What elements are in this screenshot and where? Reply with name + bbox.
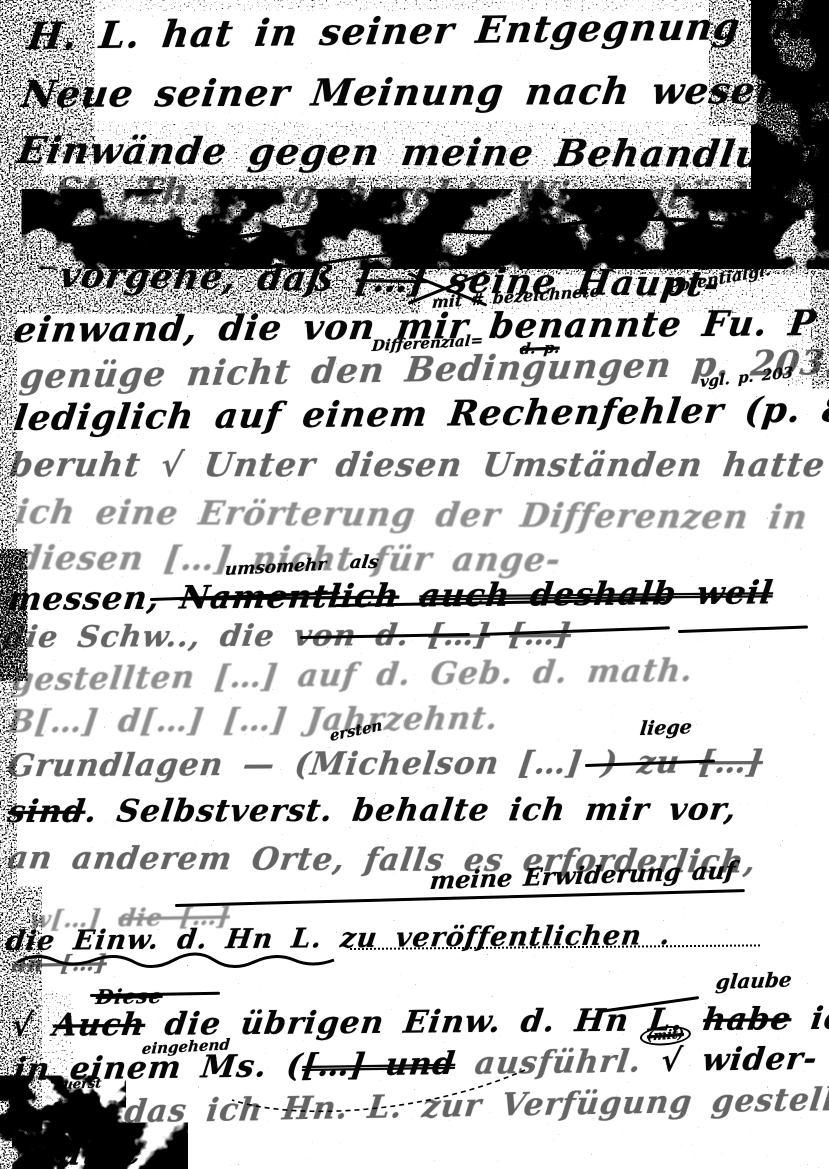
- handwriting-line: beruht √ Unter diesen Umständen hatte: [7, 445, 828, 484]
- text-segment: wider-: [680, 1041, 819, 1079]
- manuscript-page: H. L. hat in seiner Entgegnung auf Neue …: [0, 0, 829, 1169]
- check-mark: √: [10, 1008, 56, 1044]
- handwriting-line: St. Th. vorgebracht. Wie natürlich: [52, 170, 815, 219]
- insertion-note: als: [349, 552, 381, 573]
- strike-mark: [678, 625, 808, 633]
- struck-text: Auch: [51, 1007, 148, 1044]
- struck-line: an […]: [10, 950, 108, 978]
- handwriting-line: die Schw.., die von d. […] […]: [2, 617, 574, 655]
- handwriting-line: gestellten […] auf d. Geb. d. math.: [10, 652, 696, 698]
- text-segment: beruht: [7, 445, 164, 484]
- handwriting-line: H. L. hat in seiner Entgegnung auf: [25, 3, 829, 58]
- struck-text: […] und: [300, 1046, 457, 1084]
- handwriting-line: legt, (das ich Hn. L. zur Verfügung gest…: [4, 1081, 829, 1132]
- handwriting-line: B[…] d[…] […] Jahrzehnt.: [6, 701, 501, 740]
- handwriting-line: lediglich auf einem Rechenfehler (p. 8): [11, 389, 829, 439]
- handwriting-line: hatte .: [29, 1131, 180, 1169]
- text-segment: ausführl.: [453, 1043, 664, 1082]
- handwriting-layer: H. L. hat in seiner Entgegnung auf Neue …: [0, 0, 829, 1169]
- struck-text: habe: [701, 1001, 794, 1038]
- struck-text: sind: [6, 794, 88, 830]
- text-segment: . Selbstverst. behalte ich mir vor,: [83, 791, 739, 829]
- insertion-note: glaube: [715, 967, 793, 994]
- handwriting-line: ich eine Erörterung der Differenzen in: [13, 492, 811, 536]
- handwriting-line: Neue seiner Meinung nach wesentliche: [19, 67, 829, 116]
- text-segment: vorgehe, daß: [57, 255, 359, 300]
- handwriting-line: Einwände gegen meine Behandlung: [15, 128, 821, 176]
- handwriting-line: in einem Ms. ([…] und ausführl. √ wider-: [12, 1041, 820, 1088]
- text-segment: Unter diesen Umständen hatte: [181, 445, 828, 484]
- handwriting-line: messen, Namentlich auch deshalb weil: [5, 573, 775, 618]
- insertion-note: liege: [639, 716, 693, 740]
- text-segment: genüge nicht den: [18, 350, 409, 397]
- insertion-note: zuerst: [55, 1076, 102, 1093]
- text-segment: ich: [789, 1001, 829, 1038]
- handwriting-line: √ Auch die übrigen Einw. d. Hn L. habe i…: [10, 1001, 829, 1045]
- handwriting-line: vorgehe, daß […] seine Haupt-: [57, 255, 723, 305]
- text-segment: Bedingungen: [403, 346, 674, 391]
- struck-text: […]: [353, 259, 430, 301]
- struck-text: auch deshalb weil: [417, 573, 776, 614]
- handwriting-line: sind. Selbstverst. behalte ich mir vor,: [6, 791, 740, 830]
